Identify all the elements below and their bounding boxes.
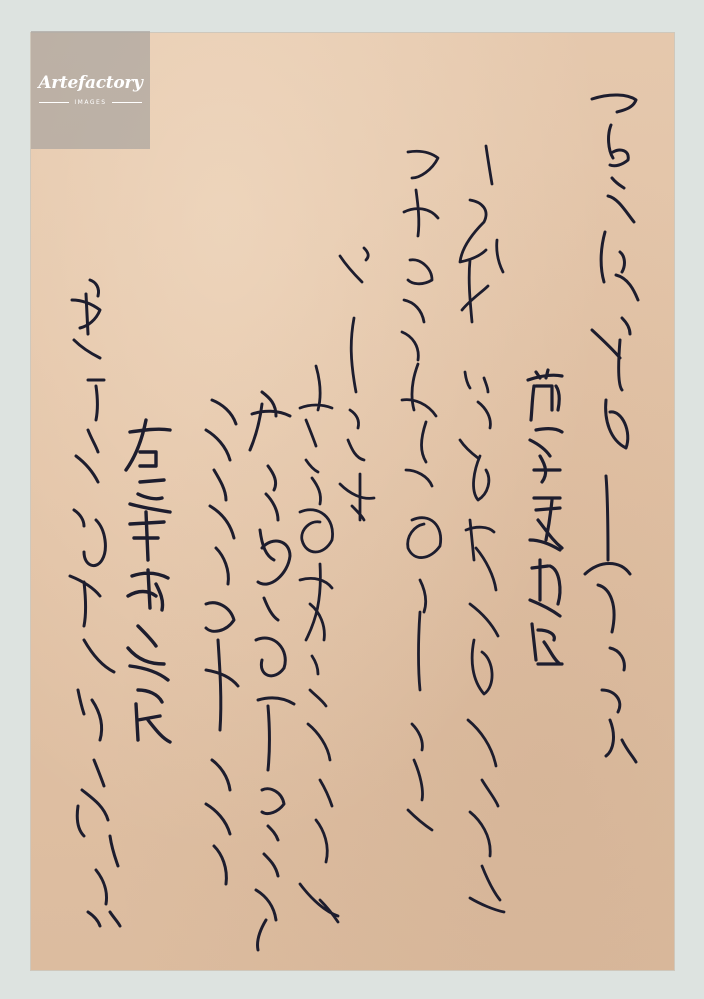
watermark: Artefactory IMAGES — [31, 31, 150, 149]
column-1-strokes — [585, 95, 638, 762]
column-8-strokes — [206, 400, 238, 884]
watermark-subtitle: IMAGES — [74, 99, 106, 106]
watermark-rule-left — [39, 102, 69, 103]
column-10-strokes — [70, 280, 120, 926]
watermark-rule-right — [112, 102, 142, 103]
column-4-strokes — [402, 151, 441, 830]
column-3-strokes — [460, 146, 504, 912]
column-6-strokes — [300, 366, 338, 922]
column-2-strokes — [528, 370, 562, 664]
column-7-strokes — [250, 392, 294, 950]
column-9-strokes — [126, 420, 170, 742]
watermark-title: Artefactory — [31, 73, 150, 93]
calligraphy-ink — [0, 0, 704, 999]
column-5-strokes — [340, 248, 374, 520]
watermark-subtitle-row: IMAGES — [39, 97, 142, 107]
